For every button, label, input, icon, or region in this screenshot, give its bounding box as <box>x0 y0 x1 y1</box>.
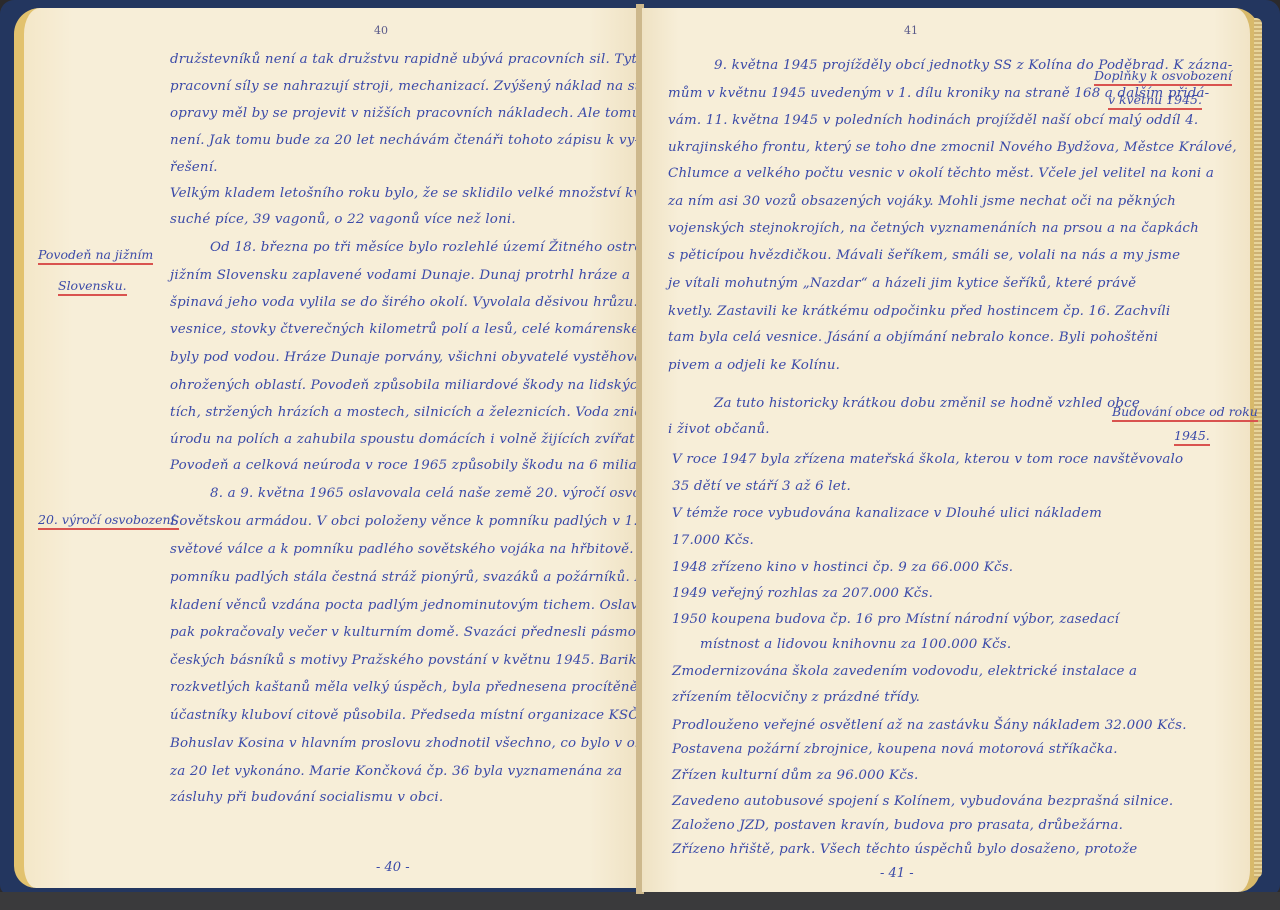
handwritten-line: Zřízeno hřiště, park. Všech těchto úspěc… <box>672 842 1137 857</box>
handwritten-line: pivem a odjeli ke Kolínu. <box>668 358 840 373</box>
handwritten-line: řešení. <box>170 160 218 175</box>
handwritten-line: rozkvetlých kaštanů měla velký úspěch, b… <box>170 680 672 695</box>
handwritten-line: pomníku padlých stála čestná stráž pioný… <box>170 570 655 585</box>
handwritten-line: Založeno JZD, postaven kravín, budova pr… <box>672 818 1123 833</box>
handwritten-line: Za tuto historicky krátkou dobu změnil s… <box>714 396 1140 411</box>
margin-heading: Budování obce od roku <box>1112 404 1258 422</box>
handwritten-line: pracovní síly se nahrazují stroji, mecha… <box>170 79 673 94</box>
handwritten-line: Zmodernizována škola zavedením vodovodu,… <box>672 664 1137 679</box>
left-page: 40 - 40 - družstevníků není a tak družst… <box>14 8 638 888</box>
margin-heading: v květnu 1945. <box>1108 92 1202 110</box>
handwritten-line: vám. 11. května 1945 v poledních hodinác… <box>668 113 1198 128</box>
handwritten-line: vesnice, stovky čtverečných kilometrů po… <box>170 322 703 337</box>
handwritten-line: vojenských stejnokrojích, na četných vyz… <box>668 221 1199 236</box>
right-top-page-number: 41 <box>904 24 918 37</box>
handwritten-line: kladení věnců vzdána pocta padlým jednom… <box>170 598 646 613</box>
handwritten-line: Postavena požární zbrojnice, koupena nov… <box>672 742 1118 757</box>
handwritten-line: Prodlouženo veřejné osvětlení až na zast… <box>672 718 1187 733</box>
handwritten-line: 35 dětí ve stáří 3 až 6 let. <box>672 479 851 494</box>
handwritten-line: účastníky kluboví citově působila. Předs… <box>170 708 655 723</box>
margin-heading: 1945. <box>1174 428 1210 446</box>
handwritten-line: 1950 koupena budova čp. 16 pro Místní ná… <box>672 612 1119 627</box>
handwritten-line: 17.000 Kčs. <box>672 533 754 548</box>
margin-heading: Doplňky k osvobození <box>1094 68 1232 86</box>
left-page-number: - 40 - <box>376 860 410 875</box>
handwritten-line: ohrožených oblastí. Povodeň způsobila mi… <box>170 378 692 393</box>
background <box>0 892 1280 910</box>
handwritten-line: suché píce, 39 vagonů, o 22 vagonů více … <box>170 212 516 227</box>
handwritten-line: Velkým kladem letošního roku bylo, že se… <box>170 186 677 201</box>
handwritten-line: světové válce a k pomníku padlého sověts… <box>170 542 650 557</box>
margin-heading: Slovensku. <box>58 278 127 296</box>
handwritten-line: Chlumce a velkého počtu vesnic v okolí t… <box>668 166 1214 181</box>
handwritten-line: jižním Slovensku zaplavené vodami Dunaje… <box>170 268 630 283</box>
handwritten-line: i život občanů. <box>668 422 770 437</box>
handwritten-line: Zřízen kulturní dům za 96.000 Kčs. <box>672 768 918 783</box>
handwritten-line: není. Jak tomu bude za 20 let nechávám č… <box>170 133 639 148</box>
handwritten-line: 1948 zřízeno kino v hostinci čp. 9 za 66… <box>672 560 1013 575</box>
handwritten-line: opravy měl by se projevit v nižších prac… <box>170 106 667 121</box>
handwritten-line: družstevníků není a tak družstvu rapidně… <box>170 52 645 67</box>
right-page: 41 - 41 - 9. května 1945 projížděly obcí… <box>642 8 1260 892</box>
handwritten-line: Od 18. března po tři měsíce bylo rozlehl… <box>210 240 680 255</box>
right-page-number: - 41 - <box>880 866 914 881</box>
margin-heading: 20. výročí osvobození. <box>38 512 179 530</box>
handwritten-line: s pěticípou hvězdičkou. Mávali šeříkem, … <box>668 248 1180 263</box>
handwritten-line: místnost a lidovou knihovnu za 100.000 K… <box>700 637 1011 652</box>
page-edges <box>1254 18 1262 878</box>
handwritten-line: pak pokračovaly večer v kulturním domě. … <box>170 625 685 640</box>
handwritten-line: zřízením tělocvičny z prázdné třídy. <box>672 690 920 705</box>
handwritten-line: byly pod vodou. Hráze Dunaje porvány, vš… <box>170 350 667 365</box>
handwritten-line: Sovětskou armádou. V obci položeny věnce… <box>170 514 668 529</box>
handwritten-line: Bohuslav Kosina v hlavním proslovu zhodn… <box>170 736 656 751</box>
handwritten-line: 1949 veřejný rozhlas za 207.000 Kčs. <box>672 586 933 601</box>
handwritten-line: Zavedeno autobusové spojení s Kolínem, v… <box>672 794 1173 809</box>
handwritten-line: je vítali mohutným „Nazdar“ a házeli jim… <box>668 276 1136 291</box>
handwritten-line: tam byla celá vesnice. Jásání a objímání… <box>668 330 1158 345</box>
handwritten-line: českých básníků s motivy Pražského povst… <box>170 653 674 668</box>
margin-heading: Povodeň na jižním <box>38 247 153 265</box>
handwritten-line: za 20 let vykonáno. Marie Končková čp. 3… <box>170 764 622 779</box>
handwritten-line: V témže roce vybudována kanalizace v Dlo… <box>672 506 1102 521</box>
handwritten-line: ukrajinského frontu, který se toho dne z… <box>668 140 1237 155</box>
handwritten-line: Povodeň a celková neúroda v roce 1965 zp… <box>170 458 686 473</box>
handwritten-line: zásluhy při budování socialismu v obci. <box>170 790 443 805</box>
handwritten-line: úrodu na polích a zahubila spoustu domác… <box>170 432 639 447</box>
handwritten-line: za ním asi 30 vozů obsazených vojáky. Mo… <box>668 194 1176 209</box>
handwritten-line: kvetly. Zastavili ke krátkému odpočinku … <box>668 304 1170 319</box>
handwritten-line: tích, stržených hrázích a mostech, silni… <box>170 405 659 420</box>
handwritten-line: V roce 1947 byla zřízena mateřská škola,… <box>672 452 1183 467</box>
left-top-page-number: 40 <box>374 24 388 37</box>
handwritten-line: 8. a 9. května 1965 oslavovala celá naše… <box>210 486 687 501</box>
handwritten-line: špinavá jeho voda vylila se do širého ok… <box>170 295 690 310</box>
